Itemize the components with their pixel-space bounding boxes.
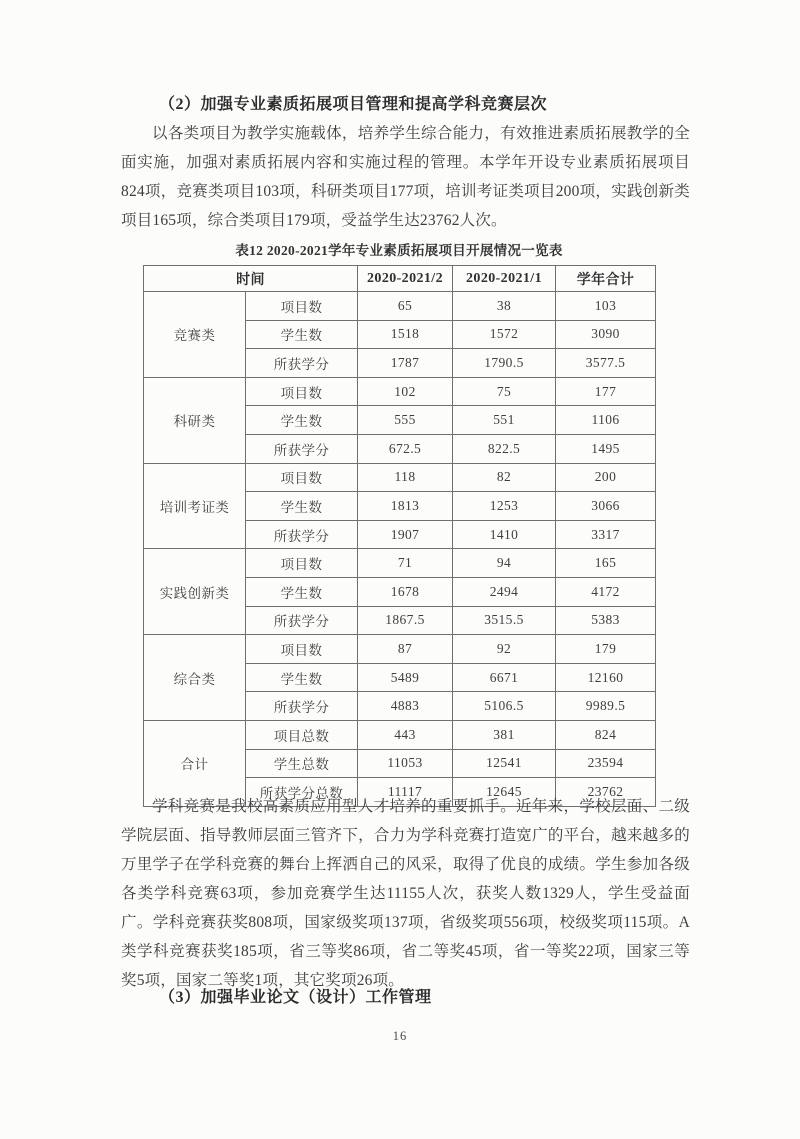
value-cell: 443	[358, 720, 453, 749]
value-cell: 9989.5	[556, 692, 656, 721]
value-cell: 1518	[358, 320, 453, 349]
value-cell: 2494	[453, 577, 556, 606]
value-cell: 672.5	[358, 434, 453, 463]
value-cell: 551	[453, 406, 556, 435]
value-cell: 92	[453, 635, 556, 664]
category-cell: 综合类	[144, 635, 246, 721]
value-cell: 1678	[358, 577, 453, 606]
metric-label-cell: 所获学分	[246, 434, 358, 463]
category-cell: 实践创新类	[144, 549, 246, 635]
value-cell: 1410	[453, 520, 556, 549]
value-cell: 200	[556, 463, 656, 492]
category-cell: 科研类	[144, 377, 246, 463]
value-cell: 3577.5	[556, 349, 656, 378]
table-row: 实践创新类 项目数 71 94 165	[144, 549, 656, 578]
metric-label-cell: 所获学分	[246, 606, 358, 635]
metric-label-cell: 所获学分	[246, 349, 358, 378]
metric-label-cell: 所获学分	[246, 692, 358, 721]
value-cell: 177	[556, 377, 656, 406]
value-cell: 1495	[556, 434, 656, 463]
metric-label-cell: 学生数	[246, 406, 358, 435]
value-cell: 5106.5	[453, 692, 556, 721]
value-cell: 82	[453, 463, 556, 492]
value-cell: 1790.5	[453, 349, 556, 378]
value-cell: 4172	[556, 577, 656, 606]
value-cell: 165	[556, 549, 656, 578]
metric-label-cell: 学生数	[246, 320, 358, 349]
section-2-paragraph: 以各类项目为教学实施载体，培养学生综合能力，有效推进素质拓展教学的全面实施，加强…	[121, 119, 690, 235]
value-cell: 103	[556, 292, 656, 321]
table-row: 合计 项目总数 443 381 824	[144, 720, 656, 749]
section-2-heading: （2）加强专业素质拓展项目管理和提高学科竞赛层次	[121, 93, 690, 117]
table-title: 表12 2020-2021学年专业素质拓展项目开展情况一览表	[143, 239, 655, 259]
value-cell: 3066	[556, 492, 656, 521]
value-cell: 3317	[556, 520, 656, 549]
value-cell: 381	[453, 720, 556, 749]
value-cell: 6671	[453, 663, 556, 692]
metric-label-cell: 项目数	[246, 549, 358, 578]
metric-label-cell: 学生数	[246, 577, 358, 606]
value-cell: 65	[358, 292, 453, 321]
value-cell: 1813	[358, 492, 453, 521]
value-cell: 5383	[556, 606, 656, 635]
table-row: 综合类 项目数 87 92 179	[144, 635, 656, 664]
table-row: 培训考证类 项目数 118 82 200	[144, 463, 656, 492]
value-cell: 1867.5	[358, 606, 453, 635]
competition-paragraph: 学科竞赛是我校高素质应用型人才培养的重要抓手。近年来，学校层面、二级学院层面、指…	[121, 792, 690, 995]
value-cell: 555	[358, 406, 453, 435]
value-cell: 1572	[453, 320, 556, 349]
table-row: 竞赛类 项目数 65 38 103	[144, 292, 656, 321]
metric-label-cell: 项目总数	[246, 720, 358, 749]
category-cell: 竞赛类	[144, 292, 246, 378]
value-cell: 38	[453, 292, 556, 321]
document-page: （2）加强专业素质拓展项目管理和提高学科竞赛层次 以各类项目为教学实施载体，培养…	[0, 0, 800, 1139]
header-semester1-cell: 2020-2021/1	[453, 266, 556, 292]
value-cell: 1787	[358, 349, 453, 378]
value-cell: 11053	[358, 749, 453, 778]
metric-label-cell: 项目数	[246, 463, 358, 492]
metric-label-cell: 所获学分	[246, 520, 358, 549]
metric-label-cell: 项目数	[246, 292, 358, 321]
metric-label-cell: 项目数	[246, 377, 358, 406]
value-cell: 12541	[453, 749, 556, 778]
table-row: 科研类 项目数 102 75 177	[144, 377, 656, 406]
header-time-cell: 时间	[144, 266, 358, 292]
value-cell: 3090	[556, 320, 656, 349]
value-cell: 3515.5	[453, 606, 556, 635]
metric-label-cell: 学生数	[246, 663, 358, 692]
value-cell: 118	[358, 463, 453, 492]
value-cell: 5489	[358, 663, 453, 692]
value-cell: 1907	[358, 520, 453, 549]
table-header-row: 时间 2020-2021/2 2020-2021/1 学年合计	[144, 266, 656, 292]
value-cell: 1106	[556, 406, 656, 435]
value-cell: 822.5	[453, 434, 556, 463]
value-cell: 179	[556, 635, 656, 664]
header-year-total-cell: 学年合计	[556, 266, 656, 292]
metric-label-cell: 项目数	[246, 635, 358, 664]
value-cell: 87	[358, 635, 453, 664]
section-3-heading: （3）加强毕业论文（设计）工作管理	[121, 986, 690, 1010]
value-cell: 12160	[556, 663, 656, 692]
value-cell: 102	[358, 377, 453, 406]
page-number: 16	[0, 1029, 800, 1044]
value-cell: 1253	[453, 492, 556, 521]
metric-label-cell: 学生数	[246, 492, 358, 521]
metric-label-cell: 学生总数	[246, 749, 358, 778]
header-semester2-cell: 2020-2021/2	[358, 266, 453, 292]
value-cell: 71	[358, 549, 453, 578]
value-cell: 4883	[358, 692, 453, 721]
category-cell: 培训考证类	[144, 463, 246, 549]
value-cell: 94	[453, 549, 556, 578]
value-cell: 824	[556, 720, 656, 749]
value-cell: 23594	[556, 749, 656, 778]
value-cell: 75	[453, 377, 556, 406]
quality-projects-table: 时间 2020-2021/2 2020-2021/1 学年合计 竞赛类 项目数 …	[143, 265, 656, 807]
